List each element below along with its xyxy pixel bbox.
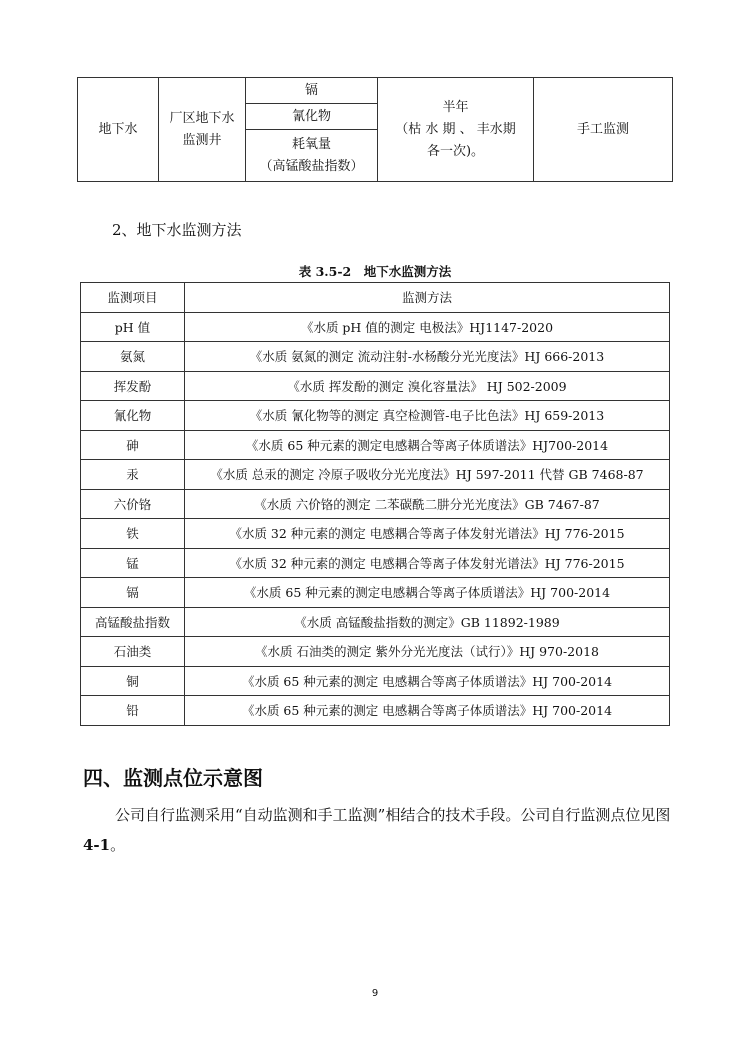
figure-reference: 4-1: [83, 836, 110, 854]
item-cell: 锰: [81, 548, 185, 578]
item-cell: 氰化物: [81, 401, 185, 431]
table-row: 锰《水质 32 种元素的测定 电感耦合等离子体发射光谱法》HJ 776-2015: [81, 548, 670, 578]
table-row: 砷《水质 65 种元素的测定电感耦合等离子体质谱法》HJ700-2014: [81, 430, 670, 460]
item-cell: 铜: [81, 666, 185, 696]
table-caption: 表 3.5-2 地下水监测方法: [0, 262, 750, 280]
monitoring-frequency-table: 地下水 厂区地下水 监测井 镉 半年 （枯 水 期 、 丰水期 各一次)。 手工…: [77, 77, 673, 182]
item-cell: 铅: [81, 696, 185, 726]
item-cell: 石油类: [81, 637, 185, 667]
method-cell: 《水质 65 种元素的测定 电感耦合等离子体质谱法》HJ 700-2014: [185, 666, 670, 696]
item-cell: 汞: [81, 460, 185, 490]
item-line: 耗氧量: [246, 134, 377, 156]
paragraph-text: 公司自行监测采用“自动监测和手工监测”相结合的技术手段。公司自行监测点位见图: [115, 806, 670, 824]
item-cell: 高锰酸盐指数: [81, 607, 185, 637]
table-row: pH 值《水质 pH 值的测定 电极法》HJ1147-2020: [81, 312, 670, 342]
method-cell: 《水质 六价铬的测定 二苯碳酰二肼分光光度法》GB 7467-87: [185, 489, 670, 519]
item-cell: 挥发酚: [81, 371, 185, 401]
item-line: （高锰酸盐指数）: [246, 156, 377, 178]
method-cell: 《水质 氰化物等的测定 真空检测管-电子比色法》HJ 659-2013: [185, 401, 670, 431]
table-row: 铁《水质 32 种元素的测定 电感耦合等离子体发射光谱法》HJ 776-2015: [81, 519, 670, 549]
method-cell: 《水质 总汞的测定 冷原子吸收分光光度法》HJ 597-2011 代替 GB 7…: [185, 460, 670, 490]
location-cell: 厂区地下水 监测井: [159, 78, 246, 182]
item-cell: 氰化物: [246, 104, 378, 130]
subheading: 2、地下水监测方法: [112, 219, 242, 240]
table-row: 铅《水质 65 种元素的测定 电感耦合等离子体质谱法》HJ 700-2014: [81, 696, 670, 726]
table-row: 石油类《水质 石油类的测定 紫外分光光度法（试行）》HJ 970-2018: [81, 637, 670, 667]
table-row: 氰化物《水质 氰化物等的测定 真空检测管-电子比色法》HJ 659-2013: [81, 401, 670, 431]
method-cell: 《水质 32 种元素的测定 电感耦合等离子体发射光谱法》HJ 776-2015: [185, 548, 670, 578]
method-cell: 《水质 32 种元素的测定 电感耦合等离子体发射光谱法》HJ 776-2015: [185, 519, 670, 549]
location-line: 厂区地下水: [159, 108, 245, 130]
method-cell: 《水质 65 种元素的测定电感耦合等离子体质谱法》HJ 700-2014: [185, 578, 670, 608]
table-row: 挥发酚《水质 挥发酚的测定 溴化容量法》 HJ 502-2009: [81, 371, 670, 401]
section-heading: 四、监测点位示意图: [83, 762, 263, 791]
table-row: 铜《水质 65 种元素的测定 电感耦合等离子体质谱法》HJ 700-2014: [81, 666, 670, 696]
item-cell: 砷: [81, 430, 185, 460]
method-cell: 《水质 挥发酚的测定 溴化容量法》 HJ 502-2009: [185, 371, 670, 401]
method-cell: 《水质 高锰酸盐指数的测定》GB 11892-1989: [185, 607, 670, 637]
page-number: 9: [0, 988, 750, 999]
item-cell: 铁: [81, 519, 185, 549]
method-cell: 《水质 石油类的测定 紫外分光光度法（试行）》HJ 970-2018: [185, 637, 670, 667]
table-row: 镉《水质 65 种元素的测定电感耦合等离子体质谱法》HJ 700-2014: [81, 578, 670, 608]
category-cell: 地下水: [78, 78, 159, 182]
method-cell: 《水质 65 种元素的测定电感耦合等离子体质谱法》HJ700-2014: [185, 430, 670, 460]
table-row: 氨氮《水质 氨氮的测定 流动注射-水杨酸分光光度法》HJ 666-2013: [81, 342, 670, 372]
table-header-row: 监测项目 监测方法: [81, 283, 670, 313]
table-row: 高锰酸盐指数《水质 高锰酸盐指数的测定》GB 11892-1989: [81, 607, 670, 637]
item-cell: pH 值: [81, 312, 185, 342]
table-row: 汞《水质 总汞的测定 冷原子吸收分光光度法》HJ 597-2011 代替 GB …: [81, 460, 670, 490]
table-row: 六价铬《水质 六价铬的测定 二苯碳酰二肼分光光度法》GB 7467-87: [81, 489, 670, 519]
item-cell: 耗氧量 （高锰酸盐指数）: [246, 130, 378, 182]
location-line: 监测井: [159, 130, 245, 152]
column-header: 监测方法: [185, 283, 670, 313]
paragraph-end: 。: [110, 836, 125, 854]
monitoring-method-table: 监测项目 监测方法 pH 值《水质 pH 值的测定 电极法》HJ1147-202…: [80, 282, 670, 726]
item-cell: 六价铬: [81, 489, 185, 519]
method-cell: 《水质 65 种元素的测定 电感耦合等离子体质谱法》HJ 700-2014: [185, 696, 670, 726]
method-cell: 《水质 氨氮的测定 流动注射-水杨酸分光光度法》HJ 666-2013: [185, 342, 670, 372]
item-cell: 镉: [81, 578, 185, 608]
item-cell: 氨氮: [81, 342, 185, 372]
frequency-line: （枯 水 期 、 丰水期: [378, 119, 533, 141]
method-cell: 《水质 pH 值的测定 电极法》HJ1147-2020: [185, 312, 670, 342]
frequency-line: 各一次)。: [378, 141, 533, 163]
item-cell: 镉: [246, 78, 378, 104]
section-paragraph: 公司自行监测采用“自动监测和手工监测”相结合的技术手段。公司自行监测点位见图 4…: [83, 800, 673, 860]
frequency-cell: 半年 （枯 水 期 、 丰水期 各一次)。: [378, 78, 534, 182]
method-cell: 手工监测: [534, 78, 673, 182]
frequency-line: 半年: [378, 97, 533, 119]
column-header: 监测项目: [81, 283, 185, 313]
